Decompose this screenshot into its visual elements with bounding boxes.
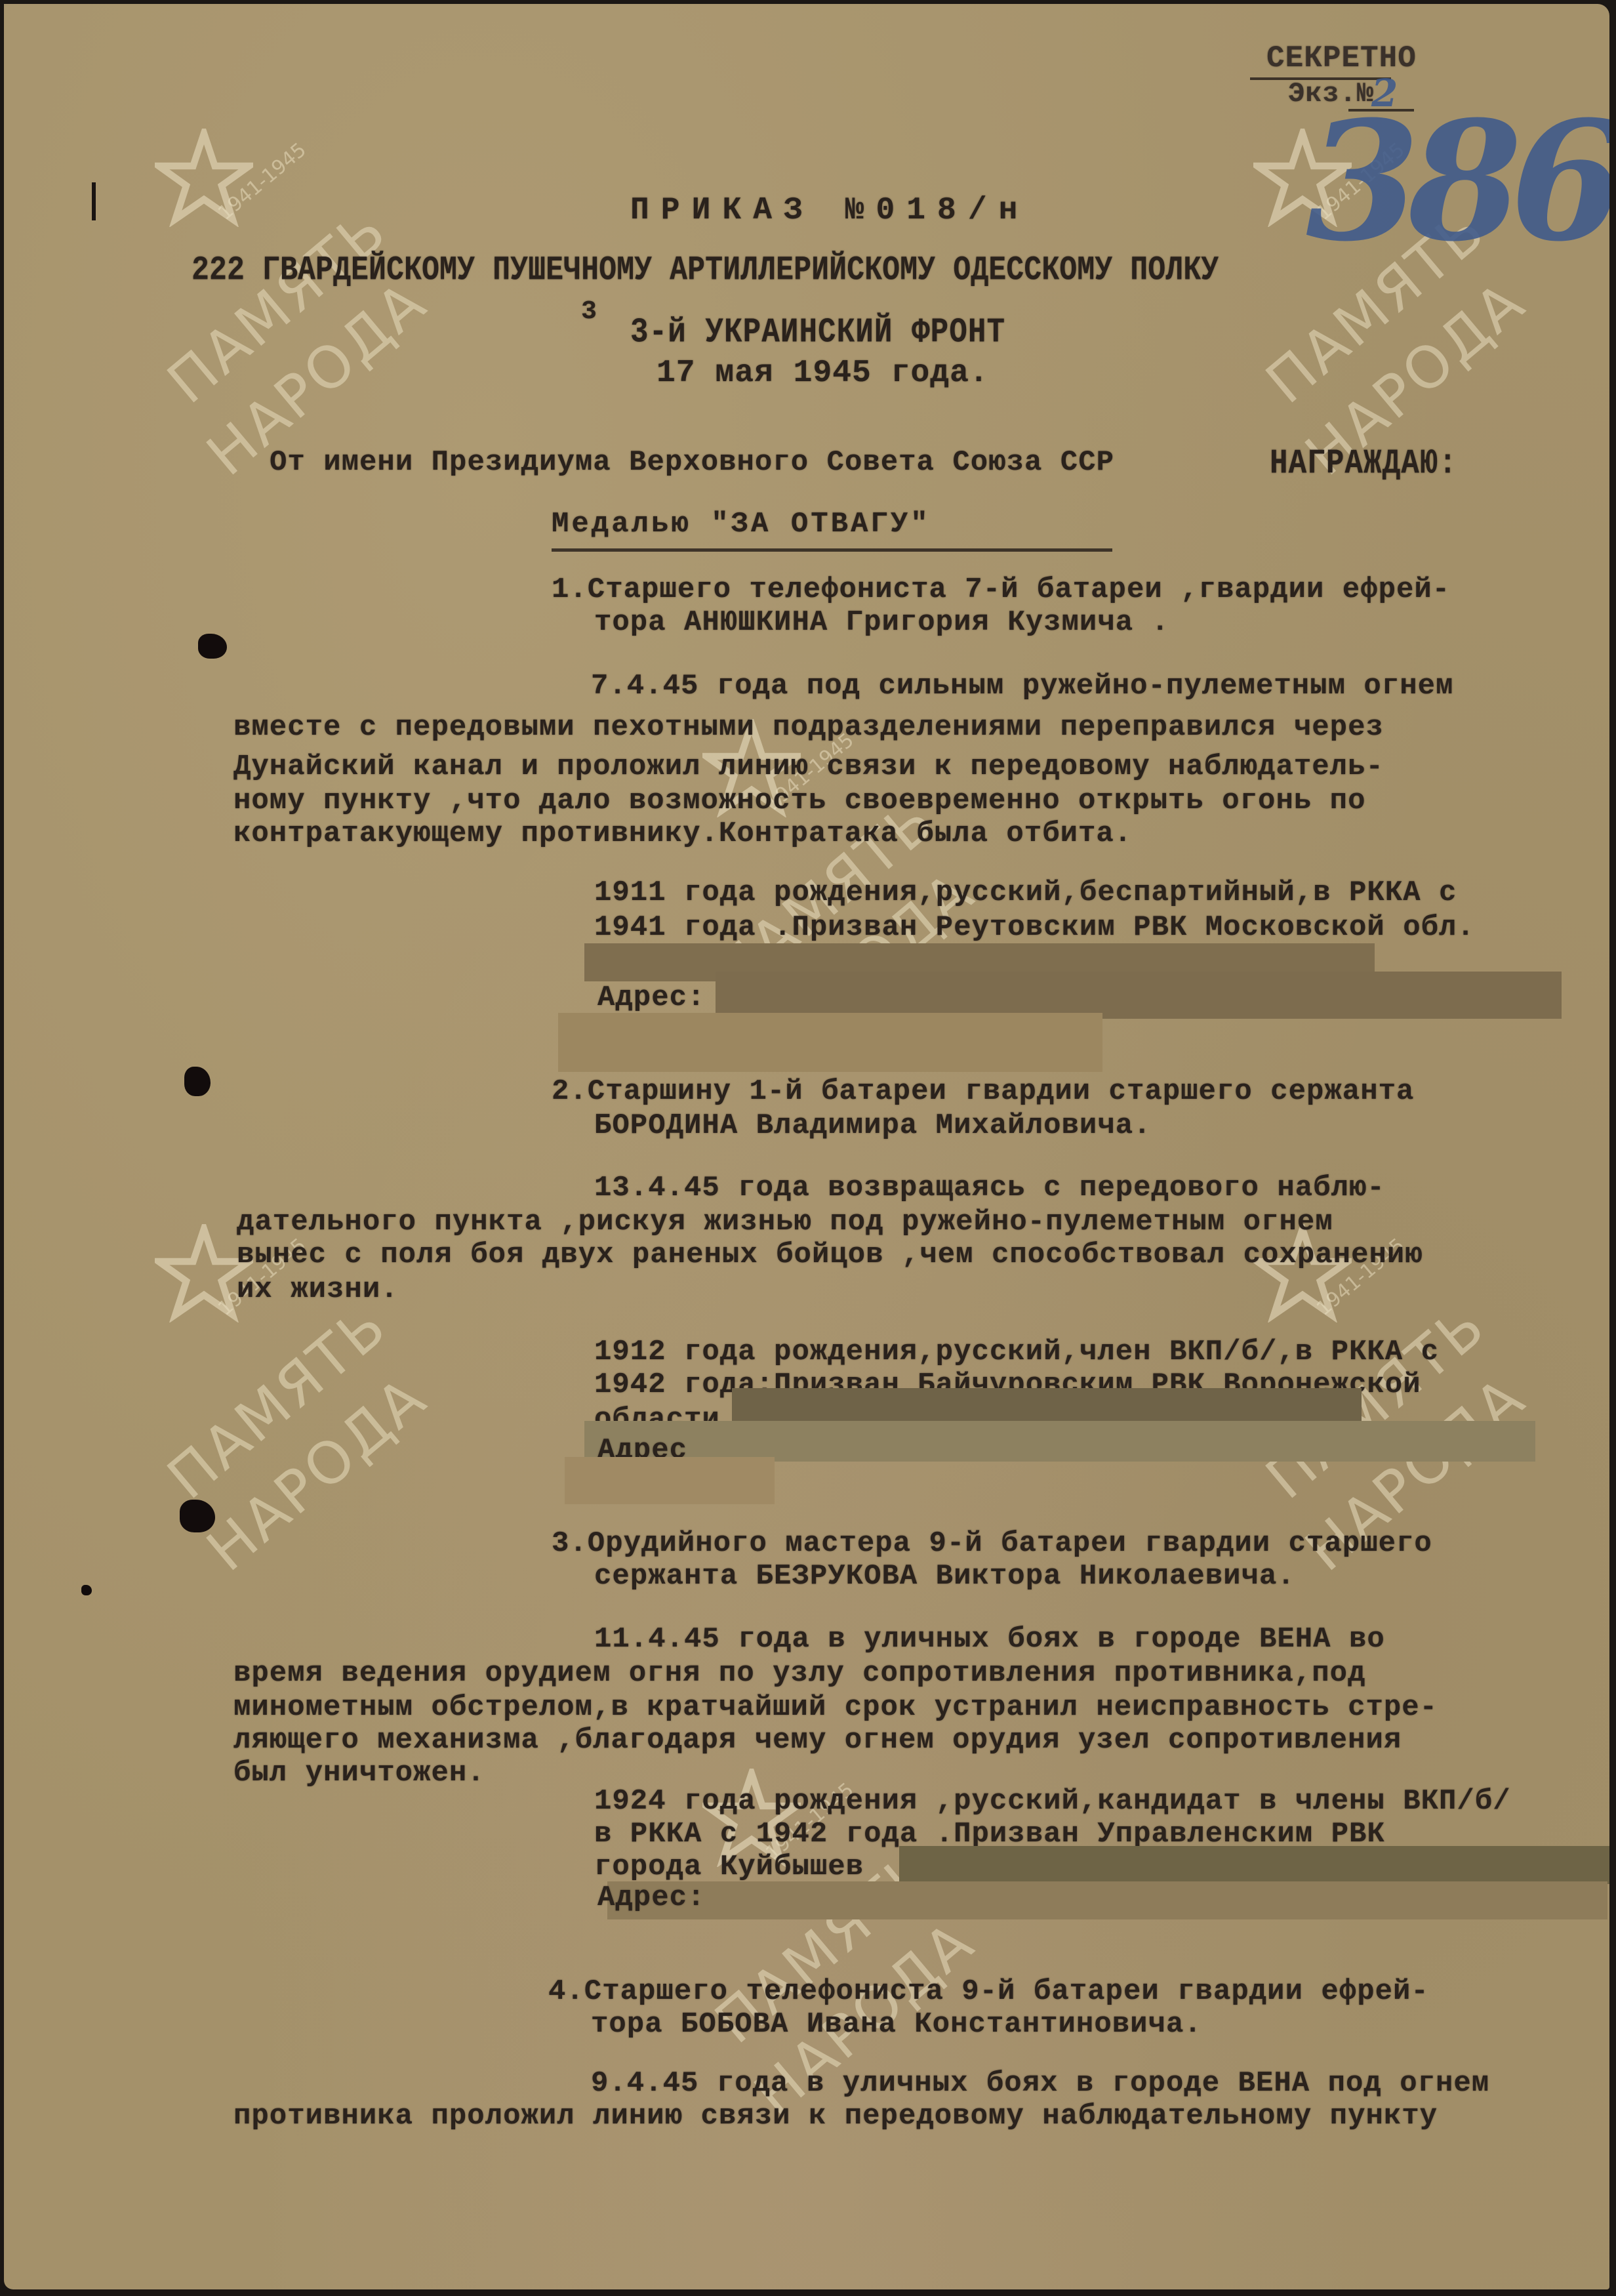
entry-3-deed: 11.4.45 года в уличных боях в городе ВЕН…	[594, 1623, 1385, 1656]
ink-blot	[180, 1500, 215, 1532]
watermark-line1: ПАМЯТЬ	[155, 1291, 400, 1512]
watermark-line1: ПАМЯТЬ	[155, 195, 400, 417]
entry-2-deed-line: вынес с поля боя двух раненых бойцов ,че…	[237, 1239, 1423, 1271]
document-page: 1941-1945 ПАМЯТЬ НАРОДА 1941-1945 ПАМЯТЬ…	[4, 4, 1609, 2289]
unit-name: 222 ГВАРДЕЙСКОМУ ПУШЕЧНОМУ АРТИЛЛЕРИЙСКО…	[192, 252, 1219, 290]
entry-3-bio: города Куйбышев	[594, 1851, 864, 1883]
classification-stamp: СЕКРЕТНО	[1266, 42, 1417, 75]
entry-4-deed: 9.4.45 года в уличных боях в городе ВЕНА…	[591, 2067, 1489, 2100]
entry-3-header-2: сержанта БЕЗРУКОВА Виктора Николаевича.	[594, 1560, 1295, 1593]
margin-mark	[92, 182, 96, 220]
entry-3-deed-line: время ведения орудием огня по узлу сопро…	[233, 1657, 1365, 1690]
award-underline	[552, 548, 1112, 552]
entry-2-header: 2.Старшину 1-й батареи гвардии старшего …	[552, 1075, 1414, 1108]
entry-3-deed-line: ляющего механизма ,благодаря чему огнем …	[233, 1724, 1402, 1757]
entry-2-deed: 13.4.45 года возвращаясь с передового на…	[594, 1172, 1385, 1204]
award-title: Медалью "ЗА ОТВАГУ"	[552, 508, 931, 541]
watermark-years: 1941-1945	[214, 138, 311, 225]
entry-1-header-2: тора АНЮШКИНА Григория Кузмича .	[594, 606, 1169, 639]
entry-3-deed-line: минометным обстрелом,в кратчайший срок у…	[233, 1691, 1438, 1724]
ink-blot	[198, 634, 227, 659]
redaction-block	[732, 1388, 1362, 1421]
entry-1-deed-line: вместе с передовыми пехотными подразделе…	[233, 711, 1384, 744]
entry-3-header: 3.Орудийного мастера 9-й батареи гвардии…	[552, 1527, 1432, 1560]
preamble-action: НАГРАЖДАЮ:	[1270, 445, 1457, 483]
entry-1-bio: 1911 года рождения,русский,беспартийный,…	[594, 876, 1457, 909]
preamble: От имени Президиума Верховного Совета Со…	[270, 446, 1114, 479]
order-title: ПРИКАЗ №018/н	[630, 194, 1029, 227]
entry-1-deed-line: ному пункту ,что дало возможность своевр…	[233, 785, 1365, 817]
redaction-block	[558, 1013, 1102, 1072]
entry-4-deed-line: противника проложил линию связи к передо…	[233, 2100, 1438, 2133]
entry-3-deed-line: был уничтожен.	[233, 1757, 485, 1790]
entry-2-deed-line: дательного пункта ,рискуя жизнью под руж…	[237, 1206, 1333, 1239]
entry-2-deed-line: их жизни.	[237, 1273, 399, 1306]
entry-4-header-2: тора БОБОВА Ивана Константиновича.	[591, 2008, 1202, 2041]
watermark-line2: НАРОДА	[194, 1363, 439, 1584]
entry-3-address-label: Адрес:	[597, 1881, 705, 1914]
entry-1-deed-line: Дунайский канал и проложил линию связи к…	[233, 750, 1384, 783]
redaction-block	[607, 1881, 1607, 1919]
entry-3-bio: 1924 года рождения ,русский,кандидат в ч…	[594, 1785, 1511, 1818]
ink-blot	[184, 1067, 211, 1096]
handwritten-number: 386	[1306, 102, 1609, 260]
entry-1-header: 1.Старшего телефониста 7-й батареи ,гвар…	[552, 573, 1450, 606]
entry-4-header: 4.Старшего телефониста 9-й батареи гвард…	[548, 1975, 1429, 2008]
order-date: 17 мая 1945 года.	[656, 357, 989, 390]
redaction-block	[716, 972, 1562, 1019]
entry-1-deed-line: контратакующему противнику.Контратака бы…	[233, 817, 1132, 850]
entry-1-deed: 7.4.45 года под сильным ружейно-пулеметн…	[591, 670, 1453, 703]
redaction-block	[565, 1457, 775, 1504]
entry-2-bio: 1912 года рождения,русский,член ВКП/б/,в…	[594, 1336, 1439, 1368]
front-name: 3-й УКРАИНСКИЙ ФРОНТ	[630, 314, 1005, 352]
redaction-block	[584, 1421, 1535, 1462]
page-marker: 3	[581, 296, 597, 329]
entry-2-header-2: БОРОДИНА Владимира Михайловича.	[594, 1109, 1152, 1142]
redaction-block	[899, 1846, 1609, 1884]
entry-1-bio: 1941 года .Призван Реутовским РВК Москов…	[594, 911, 1475, 944]
star-icon	[155, 129, 253, 227]
ink-blot	[81, 1585, 92, 1595]
entry-1-address-label: Адрес:	[597, 981, 705, 1014]
